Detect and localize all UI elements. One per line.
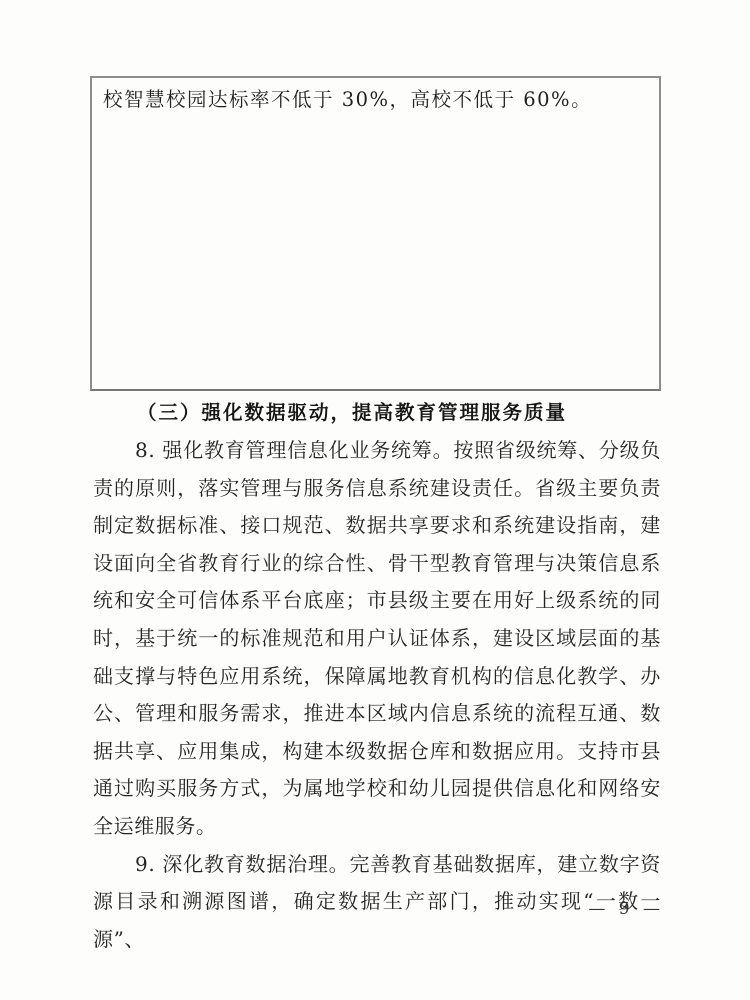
paragraph-item-9: 9. 深化教育数据治理。完善教育基础数据库，建立数字资源目录和溯源图谱，确定数据… [93, 846, 661, 959]
callout-box: 校智慧校园达标率不低于 30%，高校不低于 60%。 [90, 76, 661, 391]
page-number: — 9 — [588, 899, 664, 919]
document-body: （三）强化数据驱动，提高教育管理服务质量 8. 强化教育管理信息化业务统筹。按照… [93, 394, 661, 958]
paragraph-item-8: 8. 强化教育管理信息化业务统筹。按照省级统筹、分级负责的原则，落实管理与服务信… [93, 432, 661, 846]
document-page: 校智慧校园达标率不低于 30%，高校不低于 60%。 （三）强化数据驱动，提高教… [0, 0, 750, 1000]
callout-text: 校智慧校园达标率不低于 30%，高校不低于 60%。 [103, 85, 649, 115]
section-heading: （三）强化数据驱动，提高教育管理服务质量 [93, 394, 661, 432]
